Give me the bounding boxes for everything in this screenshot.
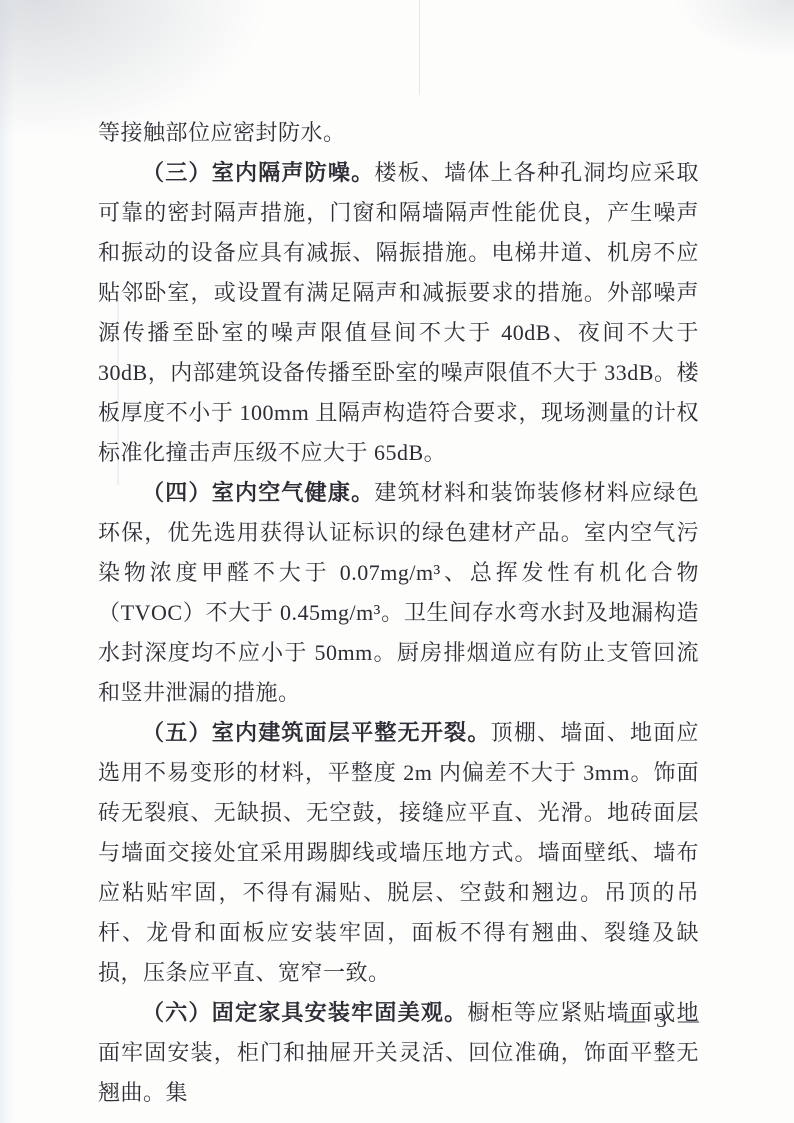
paragraph-section-5: （五）室内建筑面层平整无开裂。顶棚、墙面、地面应选用不易变形的材料，平整度 2m… xyxy=(98,713,699,993)
paragraph-section-6: （六）固定家具安装牢固美观。橱柜等应紧贴墙面或地面牢固安装，柜门和抽屉开关灵活、… xyxy=(98,993,699,1113)
page-number: — 3 — xyxy=(624,1000,702,1040)
paragraph-text: 顶棚、墙面、地面应选用不易变形的材料，平整度 2m 内偏差不大于 3mm。饰面砖… xyxy=(98,720,699,985)
section-heading-4: （四）室内空气健康。 xyxy=(142,480,374,505)
section-heading-3: （三）室内隔声防噪。 xyxy=(142,160,374,185)
document-page: 等接触部位应密封防水。 （三）室内隔声防噪。楼板、墙体上各种孔洞均应采取可靠的密… xyxy=(0,0,794,1123)
scan-shade-left-edge xyxy=(0,0,14,1123)
section-heading-5: （五）室内建筑面层平整无开裂。 xyxy=(142,720,491,745)
section-heading-6: （六）固定家具安装牢固美观。 xyxy=(142,1000,467,1025)
paragraph-section-4: （四）室内空气健康。建筑材料和装饰装修材料应绿色环保，优先选用获得认证标识的绿色… xyxy=(98,473,699,713)
scan-shade-top-right xyxy=(674,0,794,60)
document-body: 等接触部位应密封防水。 （三）室内隔声防噪。楼板、墙体上各种孔洞均应采取可靠的密… xyxy=(98,113,699,1113)
paragraph-continuation: 等接触部位应密封防水。 xyxy=(98,113,699,153)
paragraph-text: 等接触部位应密封防水。 xyxy=(98,120,346,145)
paragraph-text: 楼板、墙体上各种孔洞均应采取可靠的密封隔声措施，门窗和隔墙隔声性能优良，产生噪声… xyxy=(98,160,699,465)
paragraph-section-3: （三）室内隔声防噪。楼板、墙体上各种孔洞均应采取可靠的密封隔声措施，门窗和隔墙隔… xyxy=(98,153,699,473)
scan-artifact-line xyxy=(419,0,420,95)
paragraph-text: 建筑材料和装饰装修材料应绿色环保，优先选用获得认证标识的绿色建材产品。室内空气污… xyxy=(98,480,699,705)
